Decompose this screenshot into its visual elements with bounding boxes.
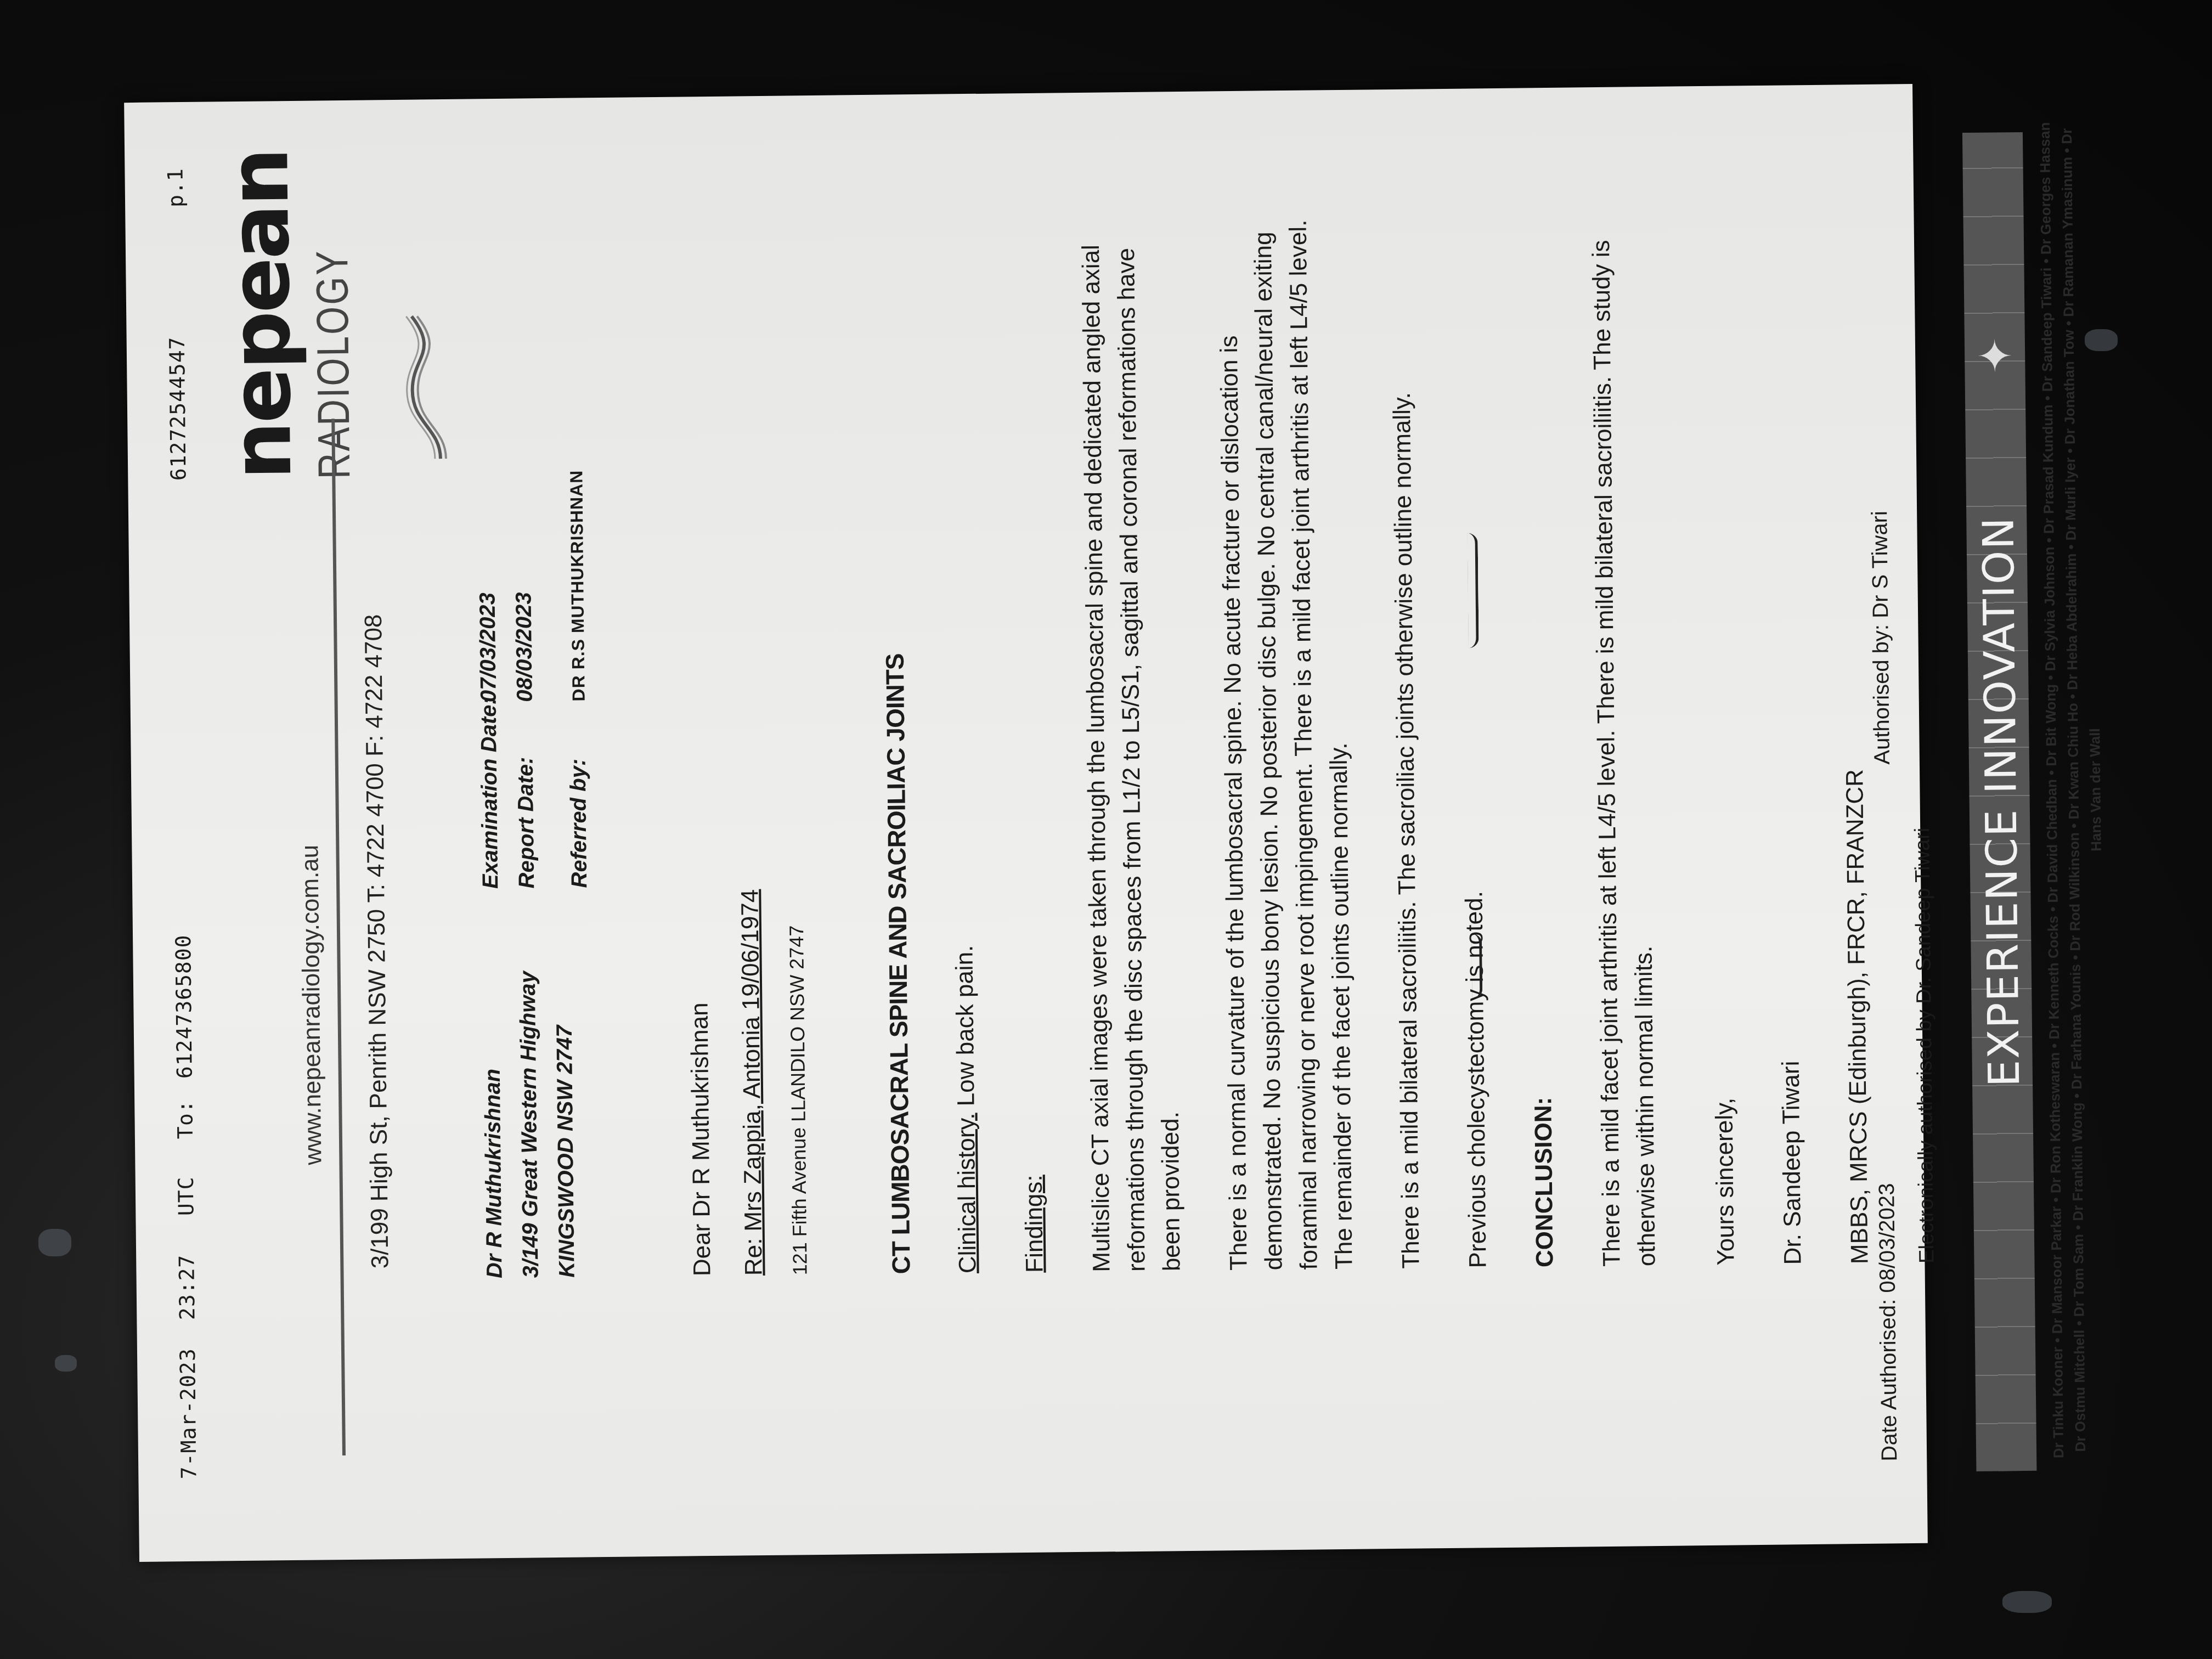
findings-paragraph-1: Multislice CT axial images were taken th… bbox=[1073, 212, 1189, 1272]
clinical-history-text: Low back pain. bbox=[951, 945, 979, 1107]
fax-date: 7-Mar-2023 bbox=[176, 1348, 201, 1479]
date-authorised-label: Date Authorised: bbox=[1876, 1299, 1901, 1462]
footer-slogan: EXPERIENCE INNOVATION bbox=[1974, 516, 2029, 1087]
fax-to-number: 61247365800 bbox=[171, 934, 197, 1079]
exam-date-label: Examination Date: bbox=[471, 702, 509, 889]
findings-paragraph-2: There is a normal curvature of the lumbo… bbox=[1210, 211, 1362, 1271]
clinical-history-label: Clinical history. bbox=[953, 1113, 981, 1273]
exam-date: 07/03/2023 bbox=[476, 592, 501, 703]
recipient-block: Dr R Muthukrishnan 3/149 Great Western H… bbox=[473, 970, 585, 1279]
website: www.nepeanradiology.com.au bbox=[296, 845, 327, 1165]
exam-info-block: Examination Date:07/03/2023 Report Date:… bbox=[468, 470, 599, 889]
clinical-history: Clinical history. Low back pain. bbox=[939, 215, 985, 1274]
letter-body: Dear Dr R Muthukrishnan Re: Mrs Zappia, … bbox=[674, 204, 1976, 1277]
conclusion-label: CONCLUSION: bbox=[1516, 208, 1562, 1268]
fax-zone: UTC bbox=[174, 1176, 199, 1216]
practice-address: 3/199 High St, Penrith NSW 2750 T: 4722 … bbox=[360, 614, 394, 1268]
pen-underline-sacroiliitis bbox=[1468, 533, 1479, 648]
findings-paragraph-4: Previous cholecystectomy is noted. bbox=[1449, 209, 1496, 1268]
report-date-label: Report Date: bbox=[507, 702, 545, 889]
background-speck bbox=[55, 1355, 77, 1372]
electronic-authorisation: Electronically authorised by Dr. Sandeep… bbox=[1898, 205, 1944, 1264]
page-number: p.1 bbox=[163, 168, 188, 207]
patient-address: 121 Fifth Avenue LLANDILO NSW 2747 bbox=[771, 216, 817, 1276]
referred-by-label: Referred by: bbox=[560, 701, 598, 888]
findings-paragraph-3: There is a mild bilateral sacroiliitis. … bbox=[1383, 210, 1429, 1269]
signatory: Dr. Sandeep Tiwari bbox=[1764, 206, 1810, 1265]
doctor-list: Dr Tinku Kooner • Dr Mansoor Parkar • Dr… bbox=[2034, 120, 2114, 1459]
wave-icon bbox=[400, 313, 452, 462]
logo-brand: nepean bbox=[218, 194, 303, 481]
footer-banner: EXPERIENCE INNOVATION ✦ bbox=[1962, 132, 2037, 1471]
date-authorised-value: 08/03/2023 bbox=[1875, 1183, 1900, 1293]
fax-to-label: To: bbox=[173, 1099, 198, 1139]
conclusion-text: There is a mild facet joint arthritis at… bbox=[1583, 207, 1664, 1267]
authorised-by-label: Authorised by: bbox=[1869, 624, 1894, 765]
report-date: 08/03/2023 bbox=[512, 592, 537, 702]
authorised-by: Authorised by: Dr S Tiwari bbox=[1867, 511, 1895, 765]
background-speck bbox=[38, 1229, 71, 1256]
radiology-report-page: 7-Mar-2023 23:27 UTC To: 61247365800 612… bbox=[124, 84, 1928, 1562]
authorised-by-value: Dr S Tiwari bbox=[1867, 511, 1893, 618]
closing: Yours sincerely, bbox=[1697, 206, 1743, 1266]
header-divider bbox=[331, 419, 346, 1455]
recipient-name: Dr R Muthukrishnan bbox=[473, 971, 513, 1278]
re-line: Re: Mrs Zappia, Antonia 19/06/1974 bbox=[725, 217, 771, 1276]
fax-from-number: 61272544547 bbox=[165, 336, 191, 481]
nepean-radiology-logo: nepean RADIOLOGY bbox=[218, 194, 360, 481]
salutation: Dear Dr R Muthukrishnan bbox=[674, 217, 720, 1277]
pen-underline-l45 bbox=[1471, 933, 1482, 999]
recipient-street: 3/149 Great Western Highway bbox=[510, 971, 549, 1278]
findings-label: Findings: bbox=[1006, 214, 1052, 1273]
fax-time: 23:27 bbox=[174, 1254, 199, 1320]
background-speck bbox=[2002, 1591, 2052, 1613]
date-authorised: Date Authorised: 08/03/2023 bbox=[1875, 1183, 1902, 1462]
star-icon: ✦ bbox=[1970, 337, 2022, 374]
fax-header: 7-Mar-2023 23:27 UTC To: 61247365800 612… bbox=[163, 168, 210, 1479]
referred-by: DR R.S MUTHUKRISHNAN bbox=[566, 470, 588, 702]
report-title: CT LUMBOSACRAL SPINE AND SACROILIAC JOIN… bbox=[872, 215, 918, 1274]
recipient-suburb: KINGSWOOD NSW 2747 bbox=[546, 970, 585, 1278]
